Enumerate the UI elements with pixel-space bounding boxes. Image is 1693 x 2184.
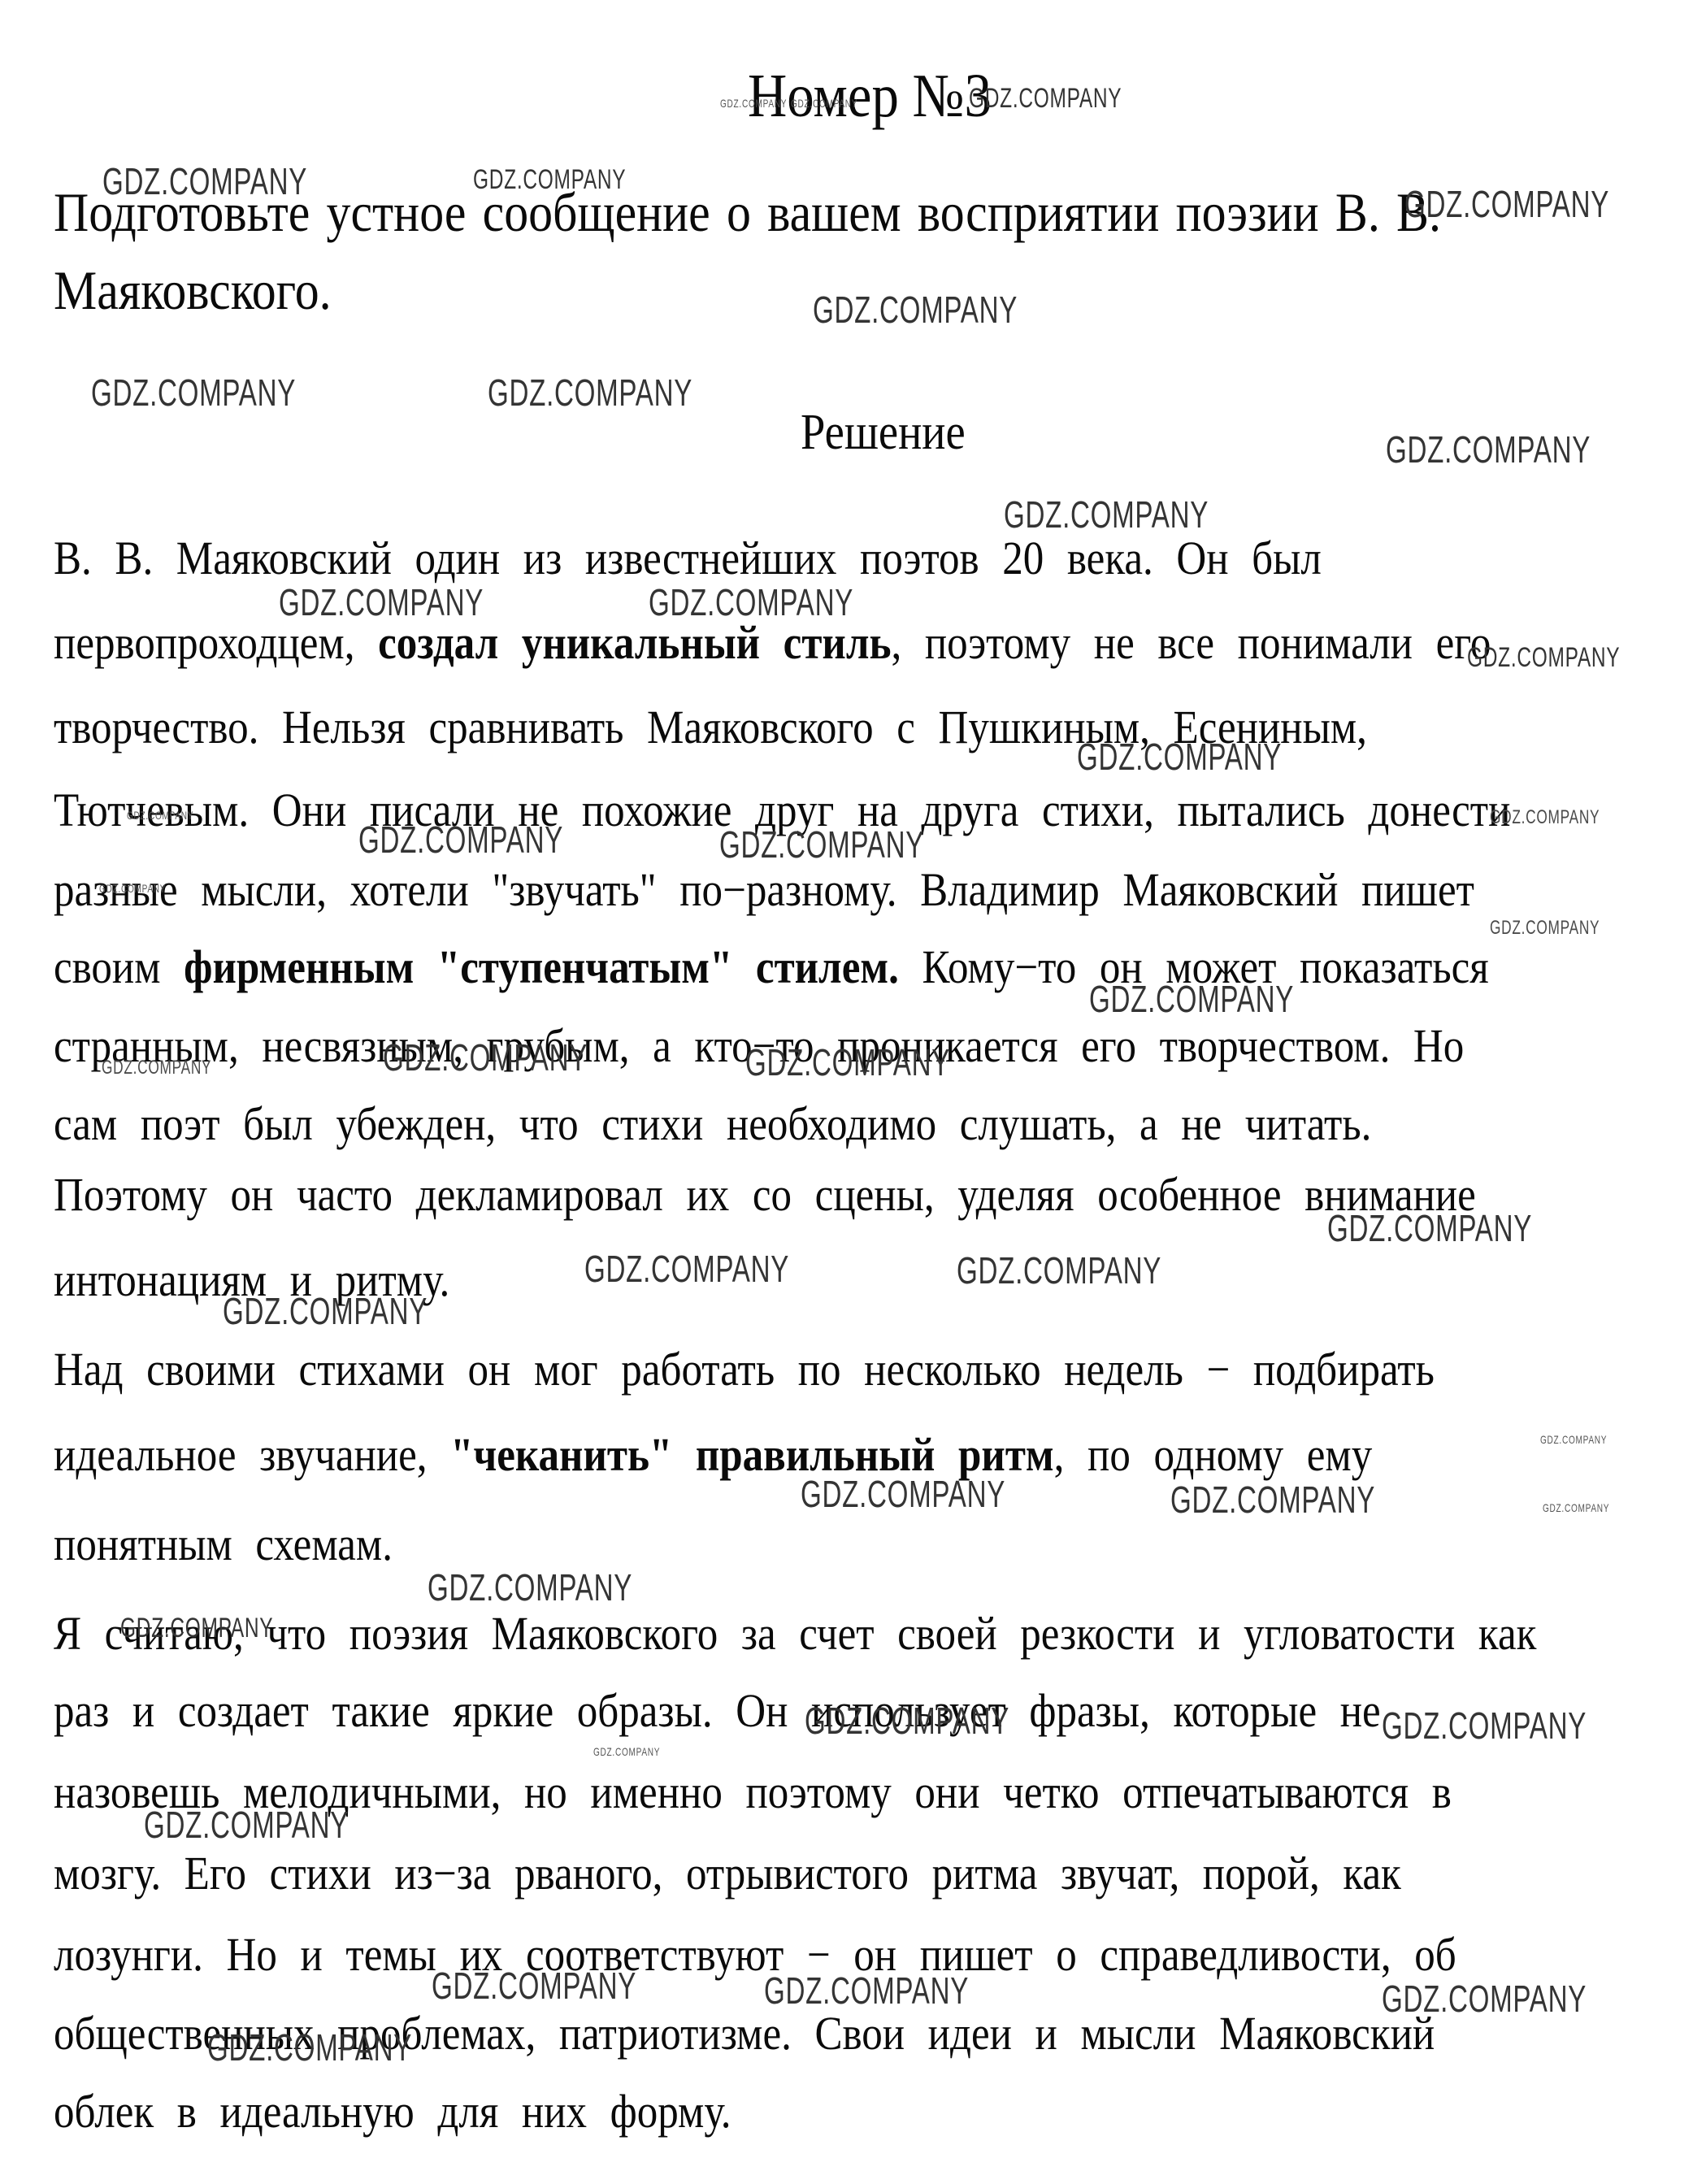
gdz-company-watermark: GDZ.COMPANY (1386, 431, 1591, 468)
gdz-company-watermark: GDZ.COMPANY (383, 1039, 588, 1076)
gdz-company-watermark: GDZ.COMPANY (1170, 1481, 1375, 1518)
task-text-line-2: Маяковского. (54, 263, 332, 318)
gdz-company-watermark: GDZ.COMPANY (1382, 1980, 1587, 2017)
gdz-company-watermark: GDZ.COMPANY (745, 1044, 950, 1081)
gdz-company-watermark: GDZ.COMPANY (1004, 496, 1209, 533)
bold-text-run: фирменным "ступенчатым" стилем. (184, 940, 899, 993)
text-run: сам поэт был убежден, что стихи необходи… (54, 1097, 1371, 1150)
body-text-line: идеальное звучание, "чеканить" правильны… (54, 1431, 1372, 1478)
gdz-company-watermark: GDZ.COMPANY (1077, 738, 1282, 775)
text-run: первопроходцем, (54, 616, 378, 669)
gdz-company-watermark: GDZ.COMPANY (649, 584, 853, 621)
document-page: Номер №3 Подготовьте устное сообщение о … (0, 0, 1693, 2184)
body-text-line: облек в идеальную для них форму. (54, 2088, 731, 2135)
text-run: своим (54, 940, 184, 993)
gdz-company-watermark: GDZ.COMPANY (805, 1702, 1009, 1739)
gdz-company-watermark: GDZ.COMPANY (432, 1967, 636, 2004)
gdz-company-watermark: GDZ.COMPANY (969, 85, 1122, 112)
gdz-company-watermark: GDZ.COMPANY (473, 166, 626, 193)
text-run: Над своими стихами он мог работать по не… (54, 1343, 1435, 1396)
gdz-company-watermark: GDZ.COMPANY (102, 1058, 211, 1078)
gdz-company-watermark: GDZ.COMPANY (358, 821, 563, 858)
bold-text-run: создал уникальный стиль (378, 616, 891, 669)
body-text-line: В. В. Маяковский один из известнейших по… (54, 535, 1322, 582)
gdz-company-watermark: GDZ.COMPANY (720, 98, 787, 109)
gdz-company-watermark: GDZ.COMPANY (1467, 644, 1620, 671)
text-run: Я считаю, что поэзия Маяковского за счет… (54, 1607, 1536, 1660)
text-run: разные мысли, хотели "звучать" по−разном… (54, 863, 1474, 916)
body-text-line: мозгу. Его стихи из−за рваного, отрывист… (54, 1850, 1401, 1897)
text-run: понятным схемам. (54, 1518, 393, 1570)
gdz-company-watermark: GDZ.COMPANY (791, 98, 857, 109)
gdz-company-watermark: GDZ.COMPANY (719, 826, 924, 863)
text-run: идеальное звучание, (54, 1428, 450, 1481)
text-run: мозгу. Его стихи из−за рваного, отрывист… (54, 1847, 1401, 1900)
text-run: , поэтому не все понимали его (891, 616, 1491, 669)
body-text-line: лозунги. Но и темы их соответствуют − он… (54, 1931, 1456, 1978)
gdz-company-watermark: GDZ.COMPANY (1382, 1707, 1587, 1744)
gdz-company-watermark: GDZ.COMPANY (223, 1292, 428, 1330)
gdz-company-watermark: GDZ.COMPANY (488, 374, 692, 411)
body-text-line: Я считаю, что поэзия Маяковского за счет… (54, 1610, 1536, 1657)
gdz-company-watermark: GDZ.COMPANY (1404, 185, 1609, 223)
gdz-company-watermark: GDZ.COMPANY (813, 291, 1018, 328)
body-text-line: разные мысли, хотели "звучать" по−разном… (54, 866, 1474, 914)
body-text-line: раз и создает такие яркие образы. Он исп… (54, 1687, 1381, 1735)
text-run: лозунги. Но и темы их соответствуют − он… (54, 1928, 1456, 1981)
gdz-company-watermark: GDZ.COMPANY (957, 1252, 1161, 1289)
gdz-company-watermark: GDZ.COMPANY (593, 1746, 660, 1757)
body-text-line: понятным схемам. (54, 1521, 393, 1568)
gdz-company-watermark: GDZ.COMPANY (764, 1972, 969, 2009)
body-text-line: первопроходцем, создал уникальный стиль,… (54, 619, 1491, 666)
gdz-company-watermark: GDZ.COMPANY (1327, 1209, 1532, 1247)
gdz-company-watermark: GDZ.COMPANY (1089, 980, 1294, 1018)
body-text-line: Поэтому он часто декламировал их со сцен… (54, 1171, 1476, 1218)
gdz-company-watermark: GDZ.COMPANY (428, 1569, 632, 1606)
gdz-company-watermark: GDZ.COMPANY (102, 163, 307, 200)
gdz-company-watermark: GDZ.COMPANY (1490, 918, 1600, 938)
gdz-company-watermark: GDZ.COMPANY (1543, 1502, 1609, 1513)
gdz-company-watermark: GDZ.COMPANY (279, 584, 484, 621)
gdz-company-watermark: GDZ.COMPANY (584, 1250, 789, 1287)
page-title: Номер №3 (748, 65, 992, 127)
solution-heading: Решение (801, 407, 966, 458)
gdz-company-watermark: GDZ.COMPANY (144, 1806, 349, 1843)
gdz-company-watermark: GDZ.COMPANY (1540, 1434, 1607, 1445)
text-run: Поэтому он часто декламировал их со сцен… (54, 1168, 1476, 1221)
body-text-line: сам поэт был убежден, что стихи необходи… (54, 1101, 1371, 1148)
gdz-company-watermark: GDZ.COMPANY (1490, 808, 1600, 827)
text-run: , по одному ему (1054, 1428, 1373, 1481)
gdz-company-watermark: GDZ.COMPANY (127, 810, 193, 821)
text-run: раз и создает такие яркие образы. Он исп… (54, 1684, 1381, 1737)
gdz-company-watermark: GDZ.COMPANY (99, 883, 166, 894)
body-text-line: Над своими стихами он мог работать по не… (54, 1346, 1435, 1393)
text-run: В. В. Маяковский один из известнейших по… (54, 532, 1322, 584)
gdz-company-watermark: GDZ.COMPANY (120, 1614, 273, 1642)
gdz-company-watermark: GDZ.COMPANY (207, 2029, 412, 2066)
gdz-company-watermark: GDZ.COMPANY (91, 374, 296, 411)
gdz-company-watermark: GDZ.COMPANY (801, 1475, 1005, 1513)
text-run: облек в идеальную для них форму. (54, 2085, 731, 2138)
